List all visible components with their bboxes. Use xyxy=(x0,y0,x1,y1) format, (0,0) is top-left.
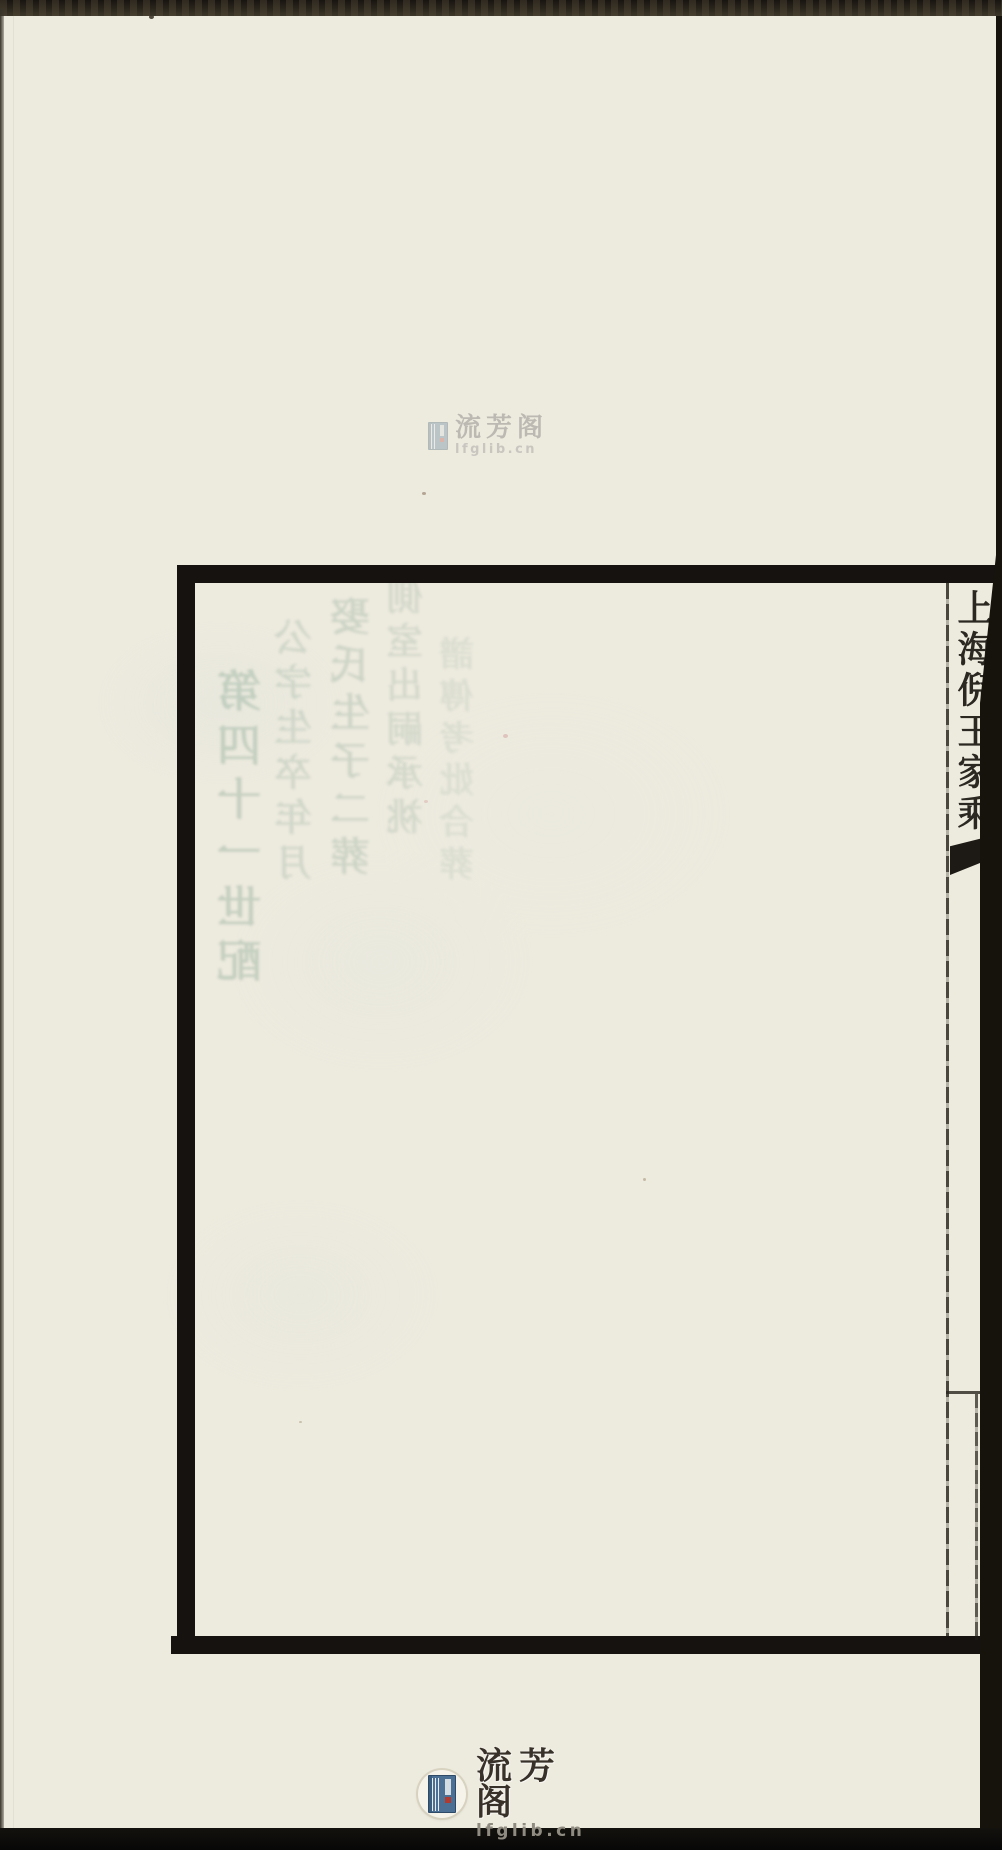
centerfold-rule-lower xyxy=(975,1394,978,1640)
frame-border-top xyxy=(177,565,997,583)
centerfold-rule xyxy=(946,583,949,1636)
frame-border-bottom xyxy=(171,1636,997,1654)
paper-mottle-texture xyxy=(0,0,1002,1850)
book-binding-stitches xyxy=(431,424,436,449)
paper-speck xyxy=(643,1178,646,1181)
showthrough-column: 譜傳考妣合葬 xyxy=(440,636,481,1116)
paper-speck xyxy=(503,734,508,738)
scan-edge-top xyxy=(0,0,1002,16)
showthrough-column: 公字生卒年月 xyxy=(274,618,318,1178)
site-watermark-bottom: 流芳阁 lfglib.cn xyxy=(418,1762,603,1826)
book-title-label xyxy=(445,1779,451,1795)
watermark-site-name: 流芳阁 xyxy=(476,1748,603,1820)
watermark-site-url: lfglib.cn xyxy=(455,443,548,457)
showthrough-column: 娶氏生子二葬 xyxy=(330,596,376,1216)
showthrough-column: 側室出嗣承祧 xyxy=(386,578,429,1138)
book-icon xyxy=(428,422,448,450)
page-edge-crease xyxy=(13,14,14,1850)
site-watermark-top: 流芳阁 lfglib.cn xyxy=(428,410,588,462)
paper-speck xyxy=(424,800,428,803)
watermark-site-url: lfglib.cn xyxy=(476,1822,603,1840)
scan-edge-left xyxy=(0,8,4,1850)
watermark-badge xyxy=(418,1770,466,1818)
paper-speck xyxy=(422,492,426,495)
book-title-label xyxy=(440,425,444,436)
paper-speck xyxy=(299,1421,302,1423)
showthrough-column: 第四十一世配 xyxy=(218,668,270,1308)
book-seal xyxy=(440,438,444,442)
frame-border-left xyxy=(177,565,195,1654)
book-seal xyxy=(445,1797,451,1803)
book-binding-stitches xyxy=(432,1778,439,1811)
watermark-site-name: 流芳阁 xyxy=(455,415,548,441)
book-icon xyxy=(428,1775,456,1813)
